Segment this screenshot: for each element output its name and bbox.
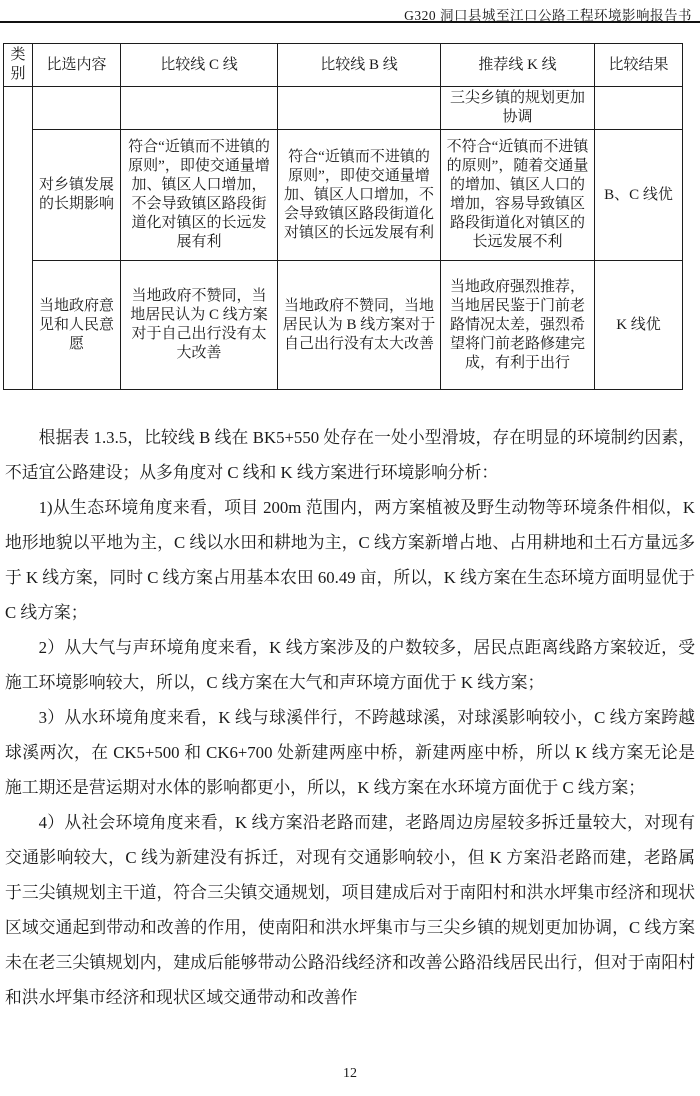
category-merged-cell bbox=[4, 87, 33, 390]
item-cell: 对乡镇发展的长期影响 bbox=[33, 130, 121, 261]
col-header-result: 比较结果 bbox=[595, 44, 683, 87]
item-cell: 当地政府意见和人民意愿 bbox=[33, 261, 121, 390]
table-header-row: 类别 比选内容 比较线 C 线 比较线 B 线 推荐线 K 线 比较结果 bbox=[4, 44, 683, 87]
col-header-item: 比选内容 bbox=[33, 44, 121, 87]
paragraph-social: 4）从社会环境角度来看，K 线方案沿老路而建，老路周边房屋较多拆迁量较大，对现有… bbox=[5, 805, 695, 1015]
paragraph-air-noise: 2）从大气与声环境角度来看，K 线方案涉及的户数较多，居民点距离线路方案较近，受… bbox=[5, 630, 695, 700]
col-header-line-b: 比较线 B 线 bbox=[278, 44, 441, 87]
document-page: G320 洞口县城至江口公路工程环境影响报告书 类别 比选内容 比较线 C 线 … bbox=[0, 0, 700, 1096]
col-header-category: 类别 bbox=[4, 44, 33, 87]
line-c-cell bbox=[121, 87, 278, 130]
route-comparison-table: 类别 比选内容 比较线 C 线 比较线 B 线 推荐线 K 线 比较结果 三尖乡… bbox=[3, 43, 683, 390]
body-text: 根据表 1.3.5，比较线 B 线在 BK5+550 处存在一处小型滑坡，存在明… bbox=[5, 420, 695, 1015]
line-k-cell: 不符合“近镇而不进镇的原则”，随着交通量的增加、镇区人口的增加，容易导致镇区路段… bbox=[441, 130, 595, 261]
line-b-cell: 符合“近镇而不进镇的原则”，即使交通量增加、镇区人口增加，不会导致镇区路段街道化… bbox=[278, 130, 441, 261]
line-c-cell: 符合“近镇而不进镇的原则”，即使交通量增加、镇区人口增加，不会导致镇区路段街道化… bbox=[121, 130, 278, 261]
header-rule bbox=[0, 21, 700, 23]
line-c-cell: 当地政府不赞同，当地居民认为 C 线方案对于自己出行没有太大改善 bbox=[121, 261, 278, 390]
col-header-line-c: 比较线 C 线 bbox=[121, 44, 278, 87]
line-k-cell: 三尖乡镇的规划更加协调 bbox=[441, 87, 595, 130]
result-cell bbox=[595, 87, 683, 130]
paragraph-intro: 根据表 1.3.5，比较线 B 线在 BK5+550 处存在一处小型滑坡，存在明… bbox=[5, 420, 695, 490]
result-cell: B、C 线优 bbox=[595, 130, 683, 261]
paragraph-ecology: 1)从生态环境角度来看，项目 200m 范围内，两方案植被及野生动物等环境条件相… bbox=[5, 490, 695, 630]
line-b-cell: 当地政府不赞同，当地居民认为 B 线方案对于自己出行没有太大改善 bbox=[278, 261, 441, 390]
line-b-cell bbox=[278, 87, 441, 130]
line-k-cell: 当地政府强烈推荐，当地居民鉴于门前老路情况太差，强烈希望将门前老路修建完成，有利… bbox=[441, 261, 595, 390]
table-row: 三尖乡镇的规划更加协调 bbox=[4, 87, 683, 130]
page-number: 12 bbox=[0, 1066, 700, 1082]
item-cell bbox=[33, 87, 121, 130]
col-header-line-k: 推荐线 K 线 bbox=[441, 44, 595, 87]
paragraph-water: 3）从水环境角度来看，K 线与球溪伴行，不跨越球溪，对球溪影响较小，C 线方案跨… bbox=[5, 700, 695, 805]
result-cell: K 线优 bbox=[595, 261, 683, 390]
table-row: 当地政府意见和人民意愿 当地政府不赞同，当地居民认为 C 线方案对于自己出行没有… bbox=[4, 261, 683, 390]
table-row: 对乡镇发展的长期影响 符合“近镇而不进镇的原则”，即使交通量增加、镇区人口增加，… bbox=[4, 130, 683, 261]
